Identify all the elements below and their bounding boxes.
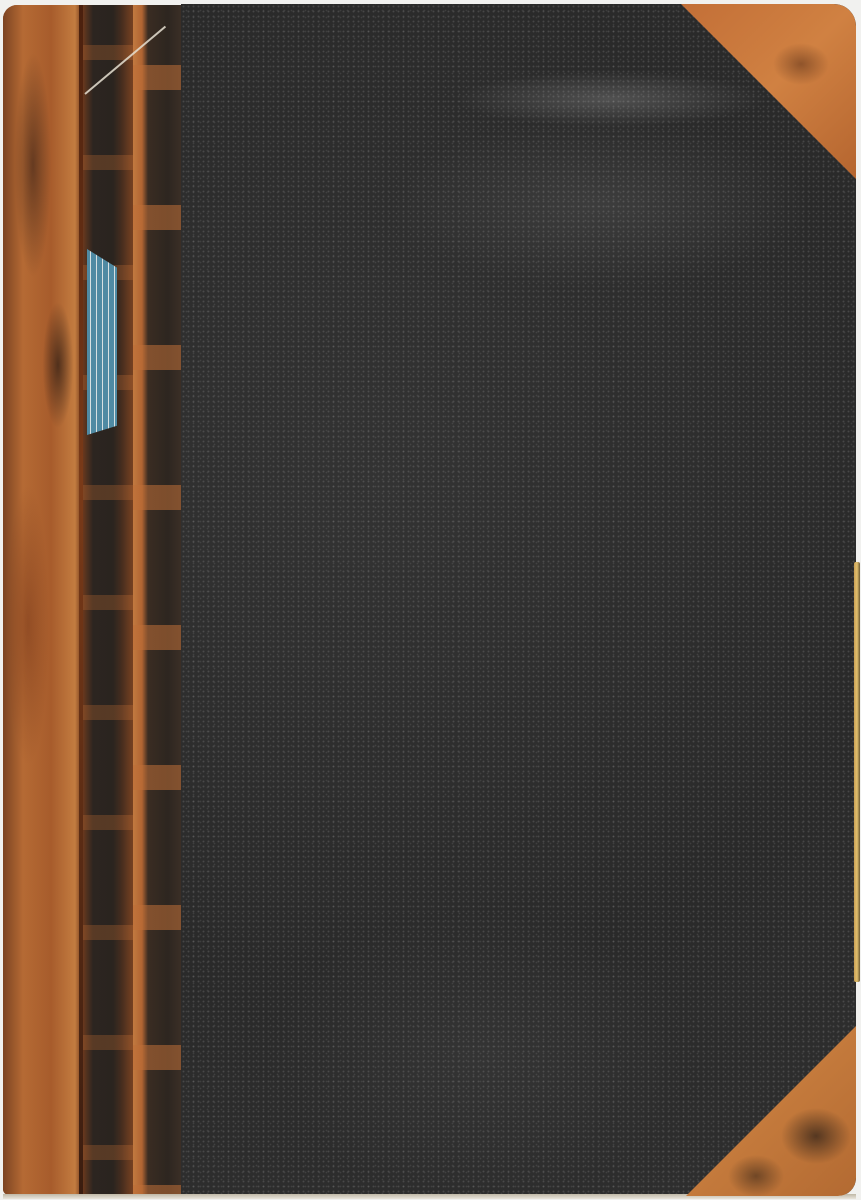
leather-spine: [3, 5, 185, 1195]
page-edge: [854, 562, 860, 982]
spine-band: [83, 5, 133, 1195]
spine-label: [87, 249, 117, 435]
spine-band: [133, 5, 183, 1195]
book: [3, 2, 856, 1196]
leather-corner-bottom-right: [686, 1026, 856, 1196]
cloth-cover: [181, 4, 856, 1196]
leather-corner-top-right: [681, 4, 856, 179]
spine-leather-panel: [3, 5, 83, 1195]
